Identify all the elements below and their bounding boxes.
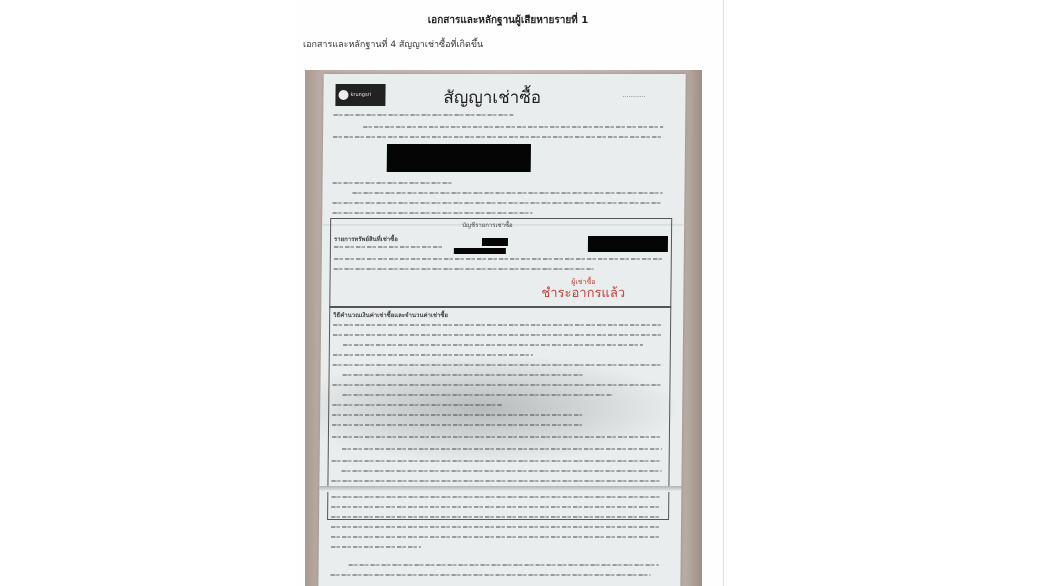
text-line: [334, 258, 664, 260]
payment-header: วิธีคำนวณเงินค่าเช่าซื้อและจำนวนค่าเช่าซ…: [333, 310, 448, 320]
text-line: [343, 374, 583, 376]
text-line: [363, 126, 663, 128]
text-line: [334, 268, 594, 270]
text-line: [331, 506, 661, 508]
stamp-line-2: ชำระอากรแล้ว: [541, 287, 625, 301]
logo-mark-icon: [338, 90, 348, 100]
text-line: [331, 480, 661, 482]
text-line: [333, 354, 533, 356]
text-line: [352, 192, 662, 194]
text-line: [349, 564, 659, 566]
redaction-block: [387, 144, 531, 172]
text-line: [332, 202, 662, 204]
contract-title: สัญญาเช่าซื้อ: [443, 84, 541, 111]
text-line: [342, 394, 612, 396]
text-line: [331, 526, 661, 528]
text-line: [334, 246, 444, 248]
text-line: [331, 496, 661, 498]
page-heading: เอกสารและหลักฐานผู้เสียหายรายที่ 1: [293, 13, 723, 28]
text-line: [342, 448, 662, 450]
text-line: [332, 212, 532, 214]
text-line: [332, 424, 582, 426]
text-line: [332, 414, 582, 416]
section-header: บัญชีรายการเช่าซื้อ: [462, 220, 513, 230]
text-line: [331, 546, 421, 548]
text-line: [332, 460, 662, 462]
contract-date: ............: [623, 92, 646, 99]
contract-photo: krungsri สัญญาเช่าซื้อ ............ บัญช…: [305, 70, 702, 586]
text-line: [333, 182, 453, 184]
text-line: [342, 470, 662, 472]
logo-text: krungsri: [350, 92, 371, 98]
paper-fold: [319, 486, 681, 492]
bank-logo: krungsri: [335, 84, 385, 106]
text-line: [330, 574, 650, 576]
text-line: [333, 364, 663, 366]
text-line: [332, 404, 502, 406]
duty-paid-stamp: ผู้เช่าซื้อ ชำระอากรแล้ว: [541, 279, 625, 301]
page-subheading: เอกสารและหลักฐานที่ 4 สัญญาเช่าซื้อที่เก…: [303, 37, 483, 51]
redaction-block: [588, 236, 668, 252]
text-line: [343, 344, 643, 346]
asset-header: รายการทรัพย์สินที่เช่าซื้อ: [334, 234, 398, 244]
redaction-block: [482, 238, 508, 246]
text-line: [331, 536, 661, 538]
redaction-block: [454, 248, 506, 254]
text-line: [332, 436, 662, 438]
text-line: [331, 516, 661, 518]
text-line: [333, 136, 663, 138]
text-line: [333, 334, 663, 336]
text-line: [333, 114, 513, 116]
contract-sheet: krungsri สัญญาเช่าซื้อ ............ บัญช…: [318, 74, 685, 586]
text-line: [333, 324, 663, 326]
text-line: [332, 384, 662, 386]
